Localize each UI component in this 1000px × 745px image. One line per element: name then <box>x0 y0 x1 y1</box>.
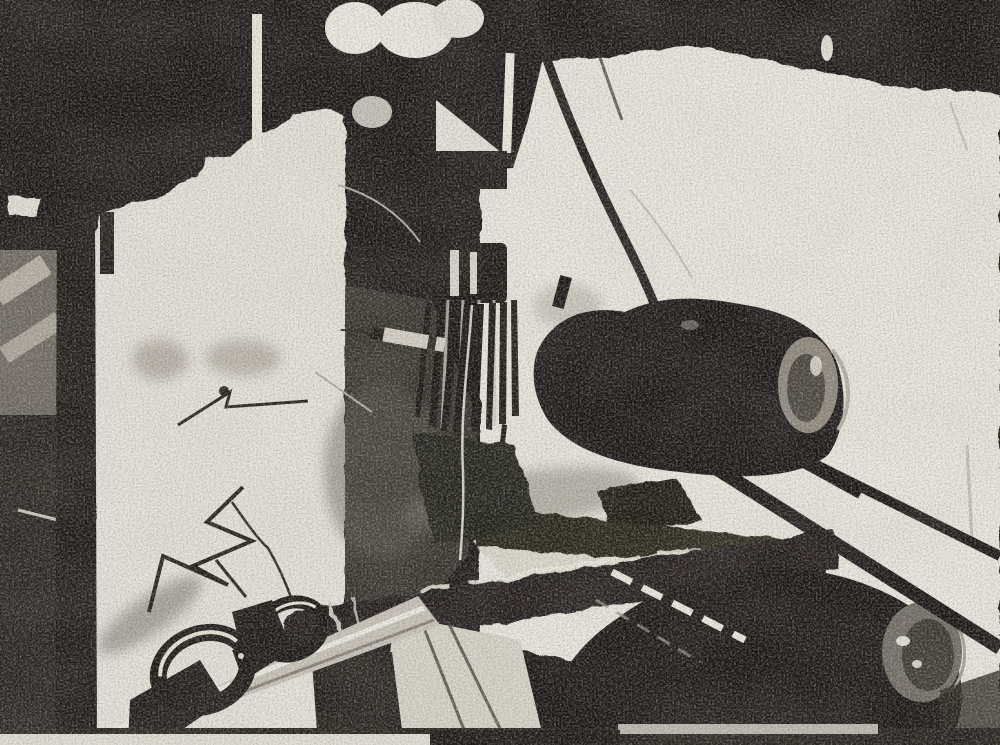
grain-overlay-black <box>0 0 1000 745</box>
photograph: Grainy black-and-white photograph of an … <box>0 0 1000 745</box>
photo-canvas <box>0 0 1000 745</box>
